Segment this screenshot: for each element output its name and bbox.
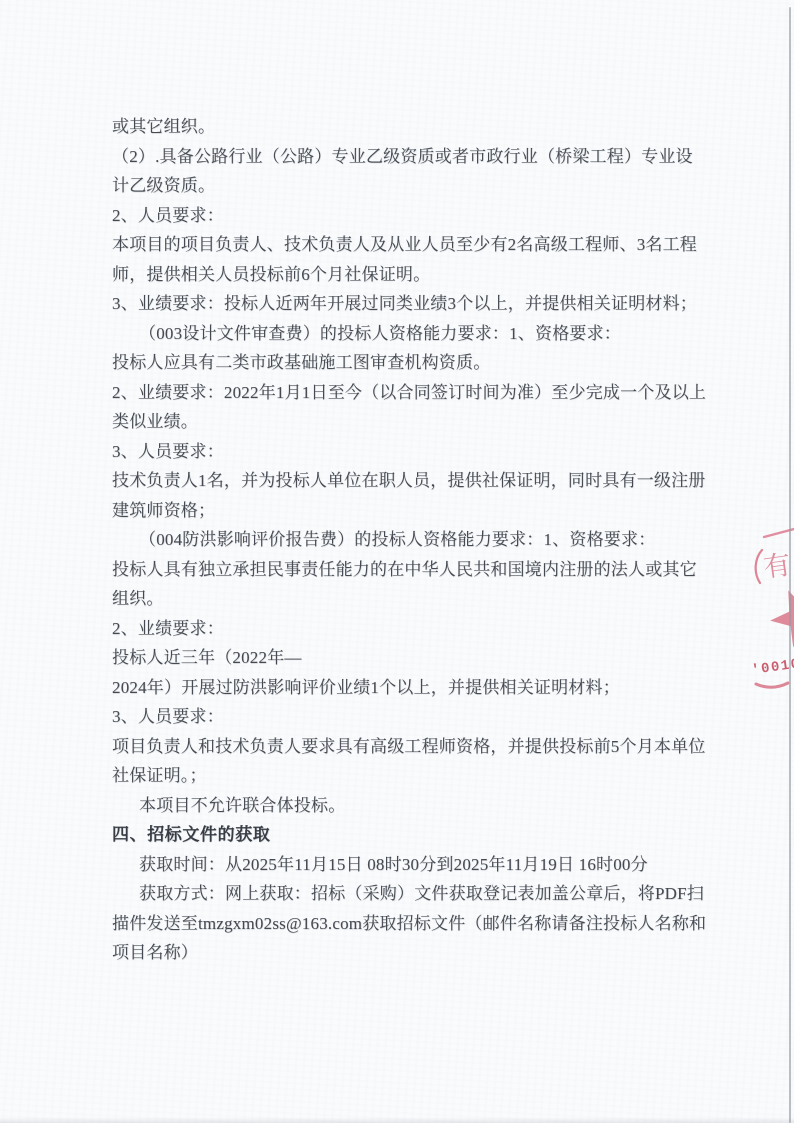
scan-page-edge-line <box>789 7 791 1123</box>
doc-line: 投标人应具有二类市政基础施工图审查机构资质。 <box>112 348 732 378</box>
doc-line-004-flood-report-fee: （004防洪影响评价报告费）的投标人资格能力要求：1、资格要求： <box>112 525 732 555</box>
doc-line: 项目负责人和技术负责人要求具有高级工程师资格，并提供投标前5个月本单位 <box>112 732 732 762</box>
doc-line: （2）.具备公路行业（公路）专业乙级资质或者市政行业（桥梁工程）专业设 <box>112 142 732 172</box>
scan-bottom-shadow <box>0 1117 794 1123</box>
doc-line-003-review-fee: （003设计文件审查费）的投标人资格能力要求：1、资格要求： <box>112 319 732 349</box>
doc-line: 组织。 <box>112 584 732 614</box>
seal-text-fragment: 有 <box>762 549 793 582</box>
doc-line: 建筑师资格； <box>112 496 732 526</box>
doc-line-no-consortium: 本项目不允许联合体投标。 <box>112 791 732 821</box>
doc-line: 2024年）开展过防洪影响评价业绩1个以上，并提供相关证明材料； <box>112 673 732 703</box>
scanned-document-page: 或其它组织。 （2）.具备公路行业（公路）专业乙级资质或者市政行业（桥梁工程）专… <box>0 0 794 1123</box>
doc-line-performance-requirement: 3、业绩要求：投标人近两年开展过同类业绩3个以上，并提供相关证明材料； <box>112 289 732 319</box>
doc-line: 或其它组织。 <box>112 112 732 142</box>
doc-line-acquisition-method: 获取方式：网上获取：招标（采购）文件获取登记表加盖公章后，将PDF扫 <box>112 879 732 909</box>
doc-line: 本项目的项目负责人、技术负责人及从业人员至少有2名高级工程师、3名工程 <box>112 230 732 260</box>
doc-line-acquisition-time: 获取时间：从2025年11月15日 08时30分到2025年11月19日 16时… <box>112 850 732 880</box>
doc-line: 项目名称） <box>112 938 732 968</box>
doc-line: 技术负责人1名，并为投标人单位在职人员，提供社保证明，同时具有一级注册 <box>112 466 732 496</box>
doc-line: 3、人员要求： <box>112 437 732 467</box>
seal-border-arc-bottom <box>756 683 788 687</box>
doc-line-acquisition-email: 描件发送至tmzgxm02ss@163.com获取招标文件（邮件名称请备注投标人… <box>112 909 732 939</box>
doc-line: 计乙级资质。 <box>112 171 732 201</box>
seal-serial-number: '0010 <box>750 656 794 679</box>
document-body: 或其它组织。 （2）.具备公路行业（公路）专业乙级资质或者市政行业（桥梁工程）专… <box>112 112 732 968</box>
doc-line-personnel-requirement: 2、人员要求： <box>112 201 732 231</box>
doc-line: 2、业绩要求： <box>112 614 732 644</box>
doc-line: 投标人近三年（2022年— <box>112 643 732 673</box>
doc-line: 社保证明。； <box>112 761 732 791</box>
doc-line: 类似业绩。 <box>112 407 732 437</box>
doc-line: 2、业绩要求：2022年1月1日至今（以合同签订时间为准）至少完成一个及以上 <box>112 378 732 408</box>
doc-line: 3、人员要求： <box>112 702 732 732</box>
official-seal-stamp-fragment: 有 '0010 <box>748 524 794 704</box>
section-heading-document-acquisition: 四、招标文件的获取 <box>112 820 732 850</box>
doc-line: 师，提供相关人员投标前6个月社保证明。 <box>112 260 732 290</box>
doc-line: 投标人具有独立承担民事责任能力的在中华人民共和国境内注册的法人或其它 <box>112 555 732 585</box>
